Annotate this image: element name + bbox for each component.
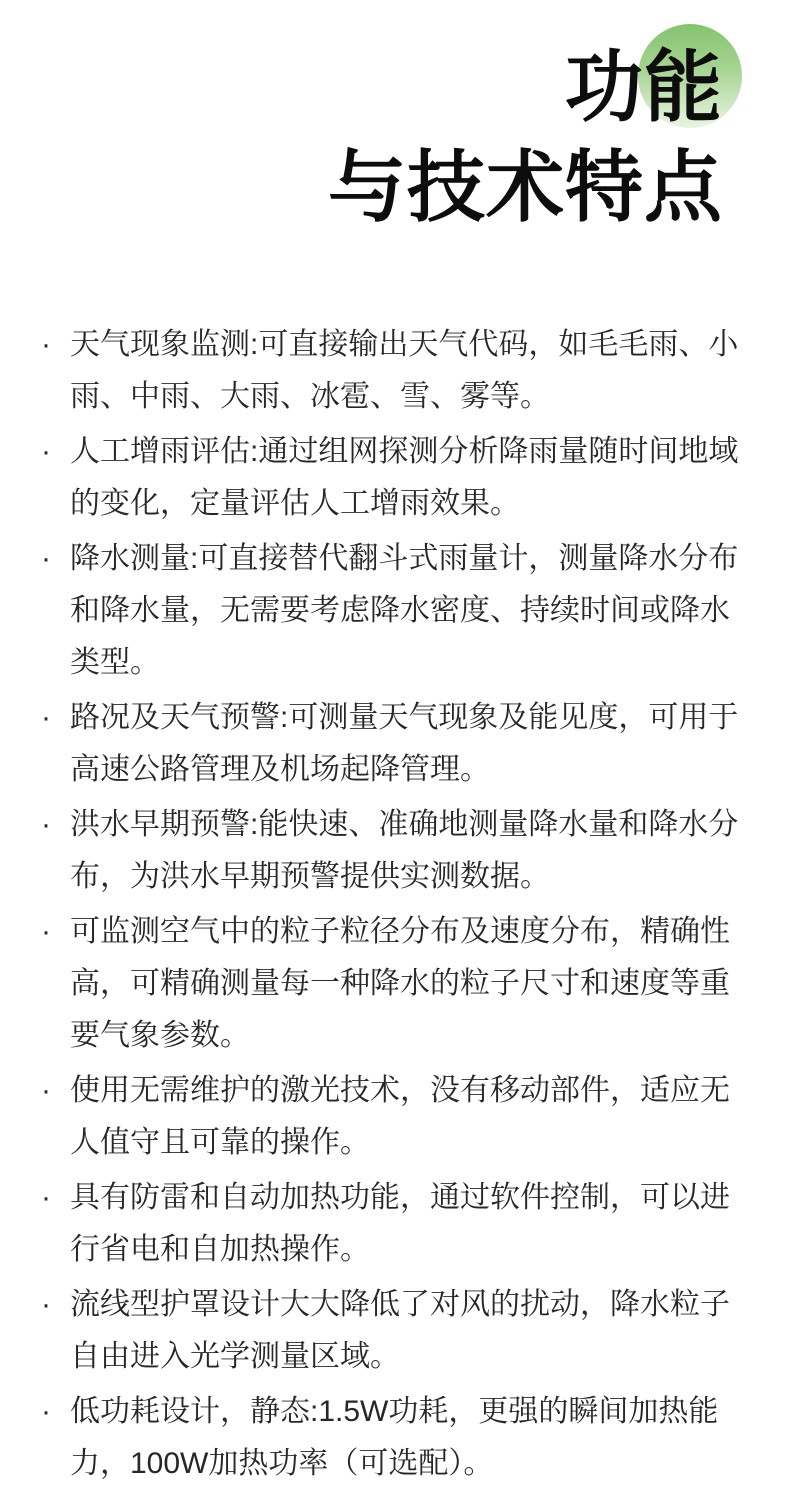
feature-text: 使用无需维护的激光技术，没有移动部件，适应无人值守且可靠的操作。: [70, 1065, 750, 1169]
feature-text: 可监测空气中的粒子粒径分布及速度分布，精确性高，可精确测量每一种降水的粒子尺寸和…: [70, 906, 750, 1062]
bullet-dot-icon: ·: [41, 1279, 70, 1331]
feature-text: 具有防雷和自动加热功能，通过软件控制，可以进行省电和自加热操作。: [70, 1172, 750, 1276]
title-line-2: 与技术特点: [0, 138, 723, 238]
bullet-dot-icon: ·: [41, 799, 70, 851]
bullet-dot-icon: ·: [41, 692, 70, 744]
feature-text: 流线型护罩设计大大降低了对风的扰动，降水粒子自由进入光学测量区域。: [70, 1279, 750, 1383]
feature-text: 人工增雨评估:通过组网探测分析降雨量随时间地域的变化，定量评估人工增雨效果。: [70, 426, 750, 530]
feature-text: 降水测量:可直接替代翻斗式雨量计，测量降水分布和降水量，无需要考虑降水密度、持续…: [70, 533, 750, 689]
page: 功能 与技术特点 · 天气现象监测:可直接输出天气代码，如毛毛雨、小雨、中雨、大…: [0, 0, 790, 1491]
list-item: · 低功耗设计，静态:1.5W功耗，更强的瞬间加热能力，100W加热功率（可选配…: [41, 1386, 750, 1490]
bullet-dot-icon: ·: [41, 1386, 70, 1438]
feature-text: 低功耗设计，静态:1.5W功耗，更强的瞬间加热能力，100W加热功率（可选配）。: [70, 1386, 750, 1490]
bullet-dot-icon: ·: [41, 1065, 70, 1117]
bullet-dot-icon: ·: [41, 426, 70, 478]
bullet-dot-icon: ·: [41, 906, 70, 958]
bullet-dot-icon: ·: [41, 319, 70, 371]
list-item: · 人工增雨评估:通过组网探测分析降雨量随时间地域的变化，定量评估人工增雨效果。: [41, 426, 750, 530]
page-header: 功能 与技术特点: [0, 0, 790, 238]
list-item: · 路况及天气预警:可测量天气现象及能见度，可用于高速公路管理及机场起降管理。: [41, 692, 750, 796]
list-item: · 具有防雷和自动加热功能，通过软件控制，可以进行省电和自加热操作。: [41, 1172, 750, 1276]
title-line-1: 功能: [0, 38, 723, 138]
list-item: · 洪水早期预警:能快速、准确地测量降水量和降水分布，为洪水早期预警提供实测数据…: [41, 799, 750, 903]
feature-text: 洪水早期预警:能快速、准确地测量降水量和降水分布，为洪水早期预警提供实测数据。: [70, 799, 750, 903]
feature-text: 路况及天气预警:可测量天气现象及能见度，可用于高速公路管理及机场起降管理。: [70, 692, 750, 796]
bullet-dot-icon: ·: [41, 1172, 70, 1224]
list-item: · 天气现象监测:可直接输出天气代码，如毛毛雨、小雨、中雨、大雨、冰雹、雪、雾等…: [41, 319, 750, 423]
list-item: · 降水测量:可直接替代翻斗式雨量计，测量降水分布和降水量，无需要考虑降水密度、…: [41, 533, 750, 689]
feature-text: 天气现象监测:可直接输出天气代码，如毛毛雨、小雨、中雨、大雨、冰雹、雪、雾等。: [70, 319, 750, 423]
page-title: 功能 与技术特点: [0, 38, 723, 238]
feature-list: · 天气现象监测:可直接输出天气代码，如毛毛雨、小雨、中雨、大雨、冰雹、雪、雾等…: [0, 319, 790, 1490]
list-item: · 使用无需维护的激光技术，没有移动部件，适应无人值守且可靠的操作。: [41, 1065, 750, 1169]
list-item: · 可监测空气中的粒子粒径分布及速度分布，精确性高，可精确测量每一种降水的粒子尺…: [41, 906, 750, 1062]
list-item: · 流线型护罩设计大大降低了对风的扰动，降水粒子自由进入光学测量区域。: [41, 1279, 750, 1383]
bullet-dot-icon: ·: [41, 533, 70, 585]
